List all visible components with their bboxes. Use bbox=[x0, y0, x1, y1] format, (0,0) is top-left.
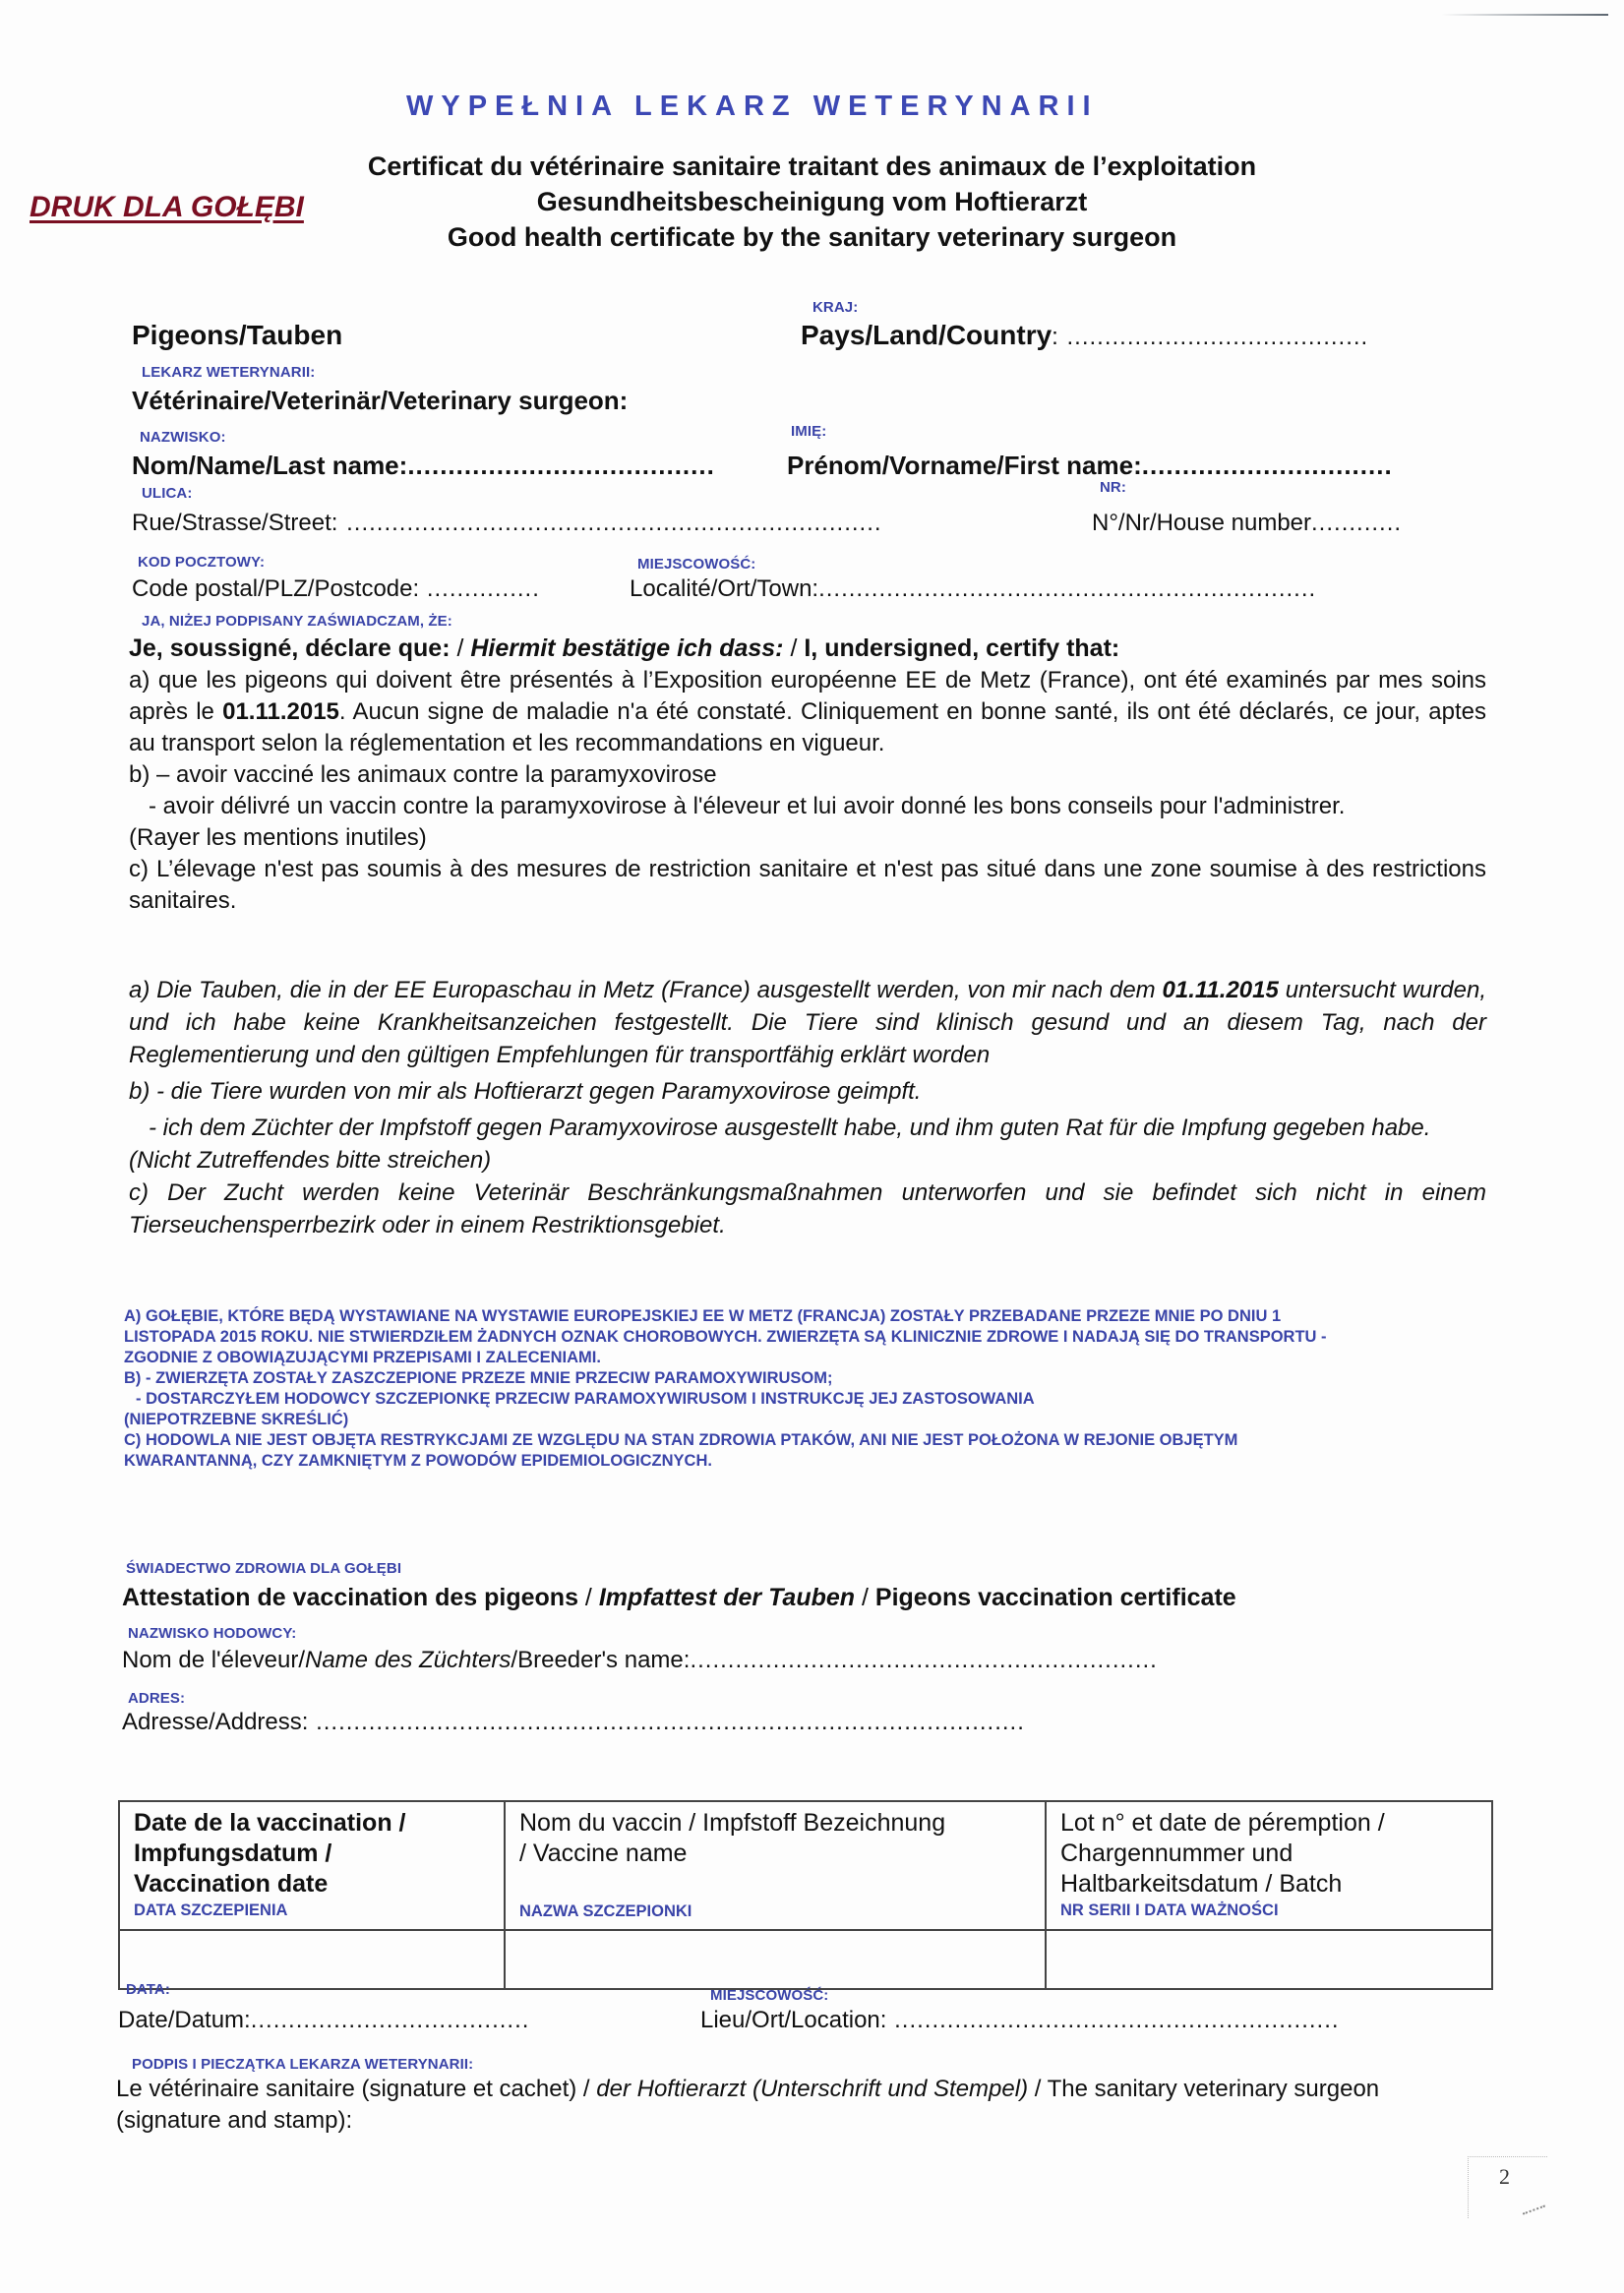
breeder-label-en: /Breeder's name: bbox=[511, 1647, 690, 1673]
fr-point-a: a) que les pigeons qui doivent être prés… bbox=[129, 665, 1486, 759]
house-number-dots: ............ bbox=[1311, 510, 1402, 536]
signature-text-de: der Hoftierarzt (Unterschrift und Stempe… bbox=[596, 2076, 1028, 2102]
country-dots: : ......................................… bbox=[1052, 324, 1368, 350]
intro-fr: Je, soussigné, déclare que: bbox=[129, 634, 451, 662]
street-field[interactable]: Rue/Strasse/Street: ....................… bbox=[132, 510, 882, 537]
house-number-label: N°/Nr/House number bbox=[1092, 510, 1311, 536]
vaccination-table: Date de la vaccination / Impfungsdatum /… bbox=[118, 1800, 1493, 1990]
de-point-a: a) Die Tauben, die in der EE Europaschau… bbox=[129, 974, 1486, 1071]
vaccination-date-cell[interactable] bbox=[119, 1930, 505, 1989]
street-pl-label: ULICA: bbox=[142, 485, 192, 502]
separator: / bbox=[784, 634, 805, 662]
declaration-intro: Je, soussigné, déclare que: / Hiermit be… bbox=[129, 634, 1119, 663]
de-point-c: c) Der Zucht werden keine Veterinär Besc… bbox=[129, 1177, 1486, 1241]
address-label: Adresse/Address: bbox=[122, 1709, 308, 1735]
species-label: Pigeons/Tauben bbox=[132, 320, 342, 351]
town-field[interactable]: Localité/Ort/Town:......................… bbox=[630, 575, 1316, 603]
header-pl-label: NAZWA SZCZEPIONKI bbox=[519, 1902, 1031, 1921]
street-label: Rue/Strasse/Street bbox=[132, 510, 331, 536]
first-name-label: Prénom/Vorname/First name: bbox=[787, 451, 1142, 480]
header-line: Vaccination date bbox=[134, 1869, 490, 1900]
header-line: Haltbarkeitsdatum / Batch bbox=[1060, 1869, 1477, 1900]
date-field[interactable]: Date/Datum:.............................… bbox=[118, 2007, 529, 2034]
fill-by-heading: WYPEŁNIA LEKARZ WETERYNARII bbox=[406, 91, 1099, 123]
header-pl-label: DATA SZCZEPIENIA bbox=[134, 1901, 490, 1920]
pl-point-a: A) GOŁĘBIE, KTÓRE BĘDĄ WYSTAWIANE NA WYS… bbox=[124, 1306, 1353, 1368]
street-dots: : ......................................… bbox=[331, 510, 882, 536]
vet-label: Vétérinaire/Veterinär/Veterinary surgeon… bbox=[132, 386, 628, 416]
fr-point-b1: b) – avoir vacciné les animaux contre la… bbox=[129, 759, 1486, 791]
last-name-field[interactable]: Nom/Name/Last name:.....................… bbox=[132, 451, 715, 481]
header-line: Date de la vaccination / bbox=[134, 1808, 490, 1839]
fr-point-c: c) L’élevage n'est pas soumis à des mesu… bbox=[129, 854, 1486, 917]
table-header-row: Date de la vaccination / Impfungsdatum /… bbox=[119, 1801, 1492, 1930]
pl-point-c: C) HODOWLA NIE JEST OBJĘTA RESTRYKCJAMI … bbox=[124, 1430, 1353, 1472]
postcode-dots: ............... bbox=[419, 575, 540, 602]
page-number: 2 bbox=[1499, 2164, 1510, 2190]
last-name-label: Nom/Name/Last name: bbox=[132, 451, 407, 480]
separator: / bbox=[578, 1584, 599, 1611]
pl-point-b2: - DOSTARCZYŁEM HODOWCY SZCZEPIONKĘ PRZEC… bbox=[124, 1389, 1353, 1410]
vet-pl-label: LEKARZ WETERYNARII: bbox=[142, 364, 315, 381]
address-dots: ........................................… bbox=[308, 1709, 1024, 1735]
batch-cell[interactable] bbox=[1046, 1930, 1492, 1989]
first-name-field[interactable]: Prénom/Vorname/First name:..............… bbox=[787, 451, 1393, 481]
de-point-b1: b) - die Tiere wurden von mir als Hoftie… bbox=[129, 1075, 1486, 1108]
last-name-pl-label: NAZWISKO: bbox=[140, 429, 226, 446]
pl-point-b1: B) - ZWIERZĘTA ZOSTAŁY ZASZCZEPIONE PRZE… bbox=[124, 1368, 1353, 1389]
certificate-page: WYPEŁNIA LEKARZ WETERYNARII Certificat d… bbox=[0, 0, 1624, 2293]
form-type-label: DRUK DLA GOŁĘBI bbox=[30, 191, 304, 224]
fr-point-b2: - avoir délivré un vaccin contre la para… bbox=[129, 791, 1486, 822]
header-line: Impfungsdatum / bbox=[134, 1839, 490, 1869]
vaccination-title: Attestation de vaccination des pigeons /… bbox=[122, 1584, 1236, 1612]
signature-pl-label: PODPIS I PIECZĄTKA LEKARZA WETERYNARII: bbox=[132, 2056, 473, 2073]
declaration-de: a) Die Tauben, die in der EE Europaschau… bbox=[129, 974, 1486, 1241]
signature-text: Le vétérinaire sanitaire (signature et c… bbox=[116, 2074, 1483, 2137]
signature-text-fr: Le vétérinaire sanitaire (signature et c… bbox=[116, 2076, 596, 2102]
intro-de: Hiermit bestätige ich dass: bbox=[470, 634, 783, 662]
declaration-pl-label: JA, NIŻEJ PODPISANY ZAŚWIADCZAM, ŻE: bbox=[142, 613, 452, 630]
fr-a-date: 01.11.2015 bbox=[222, 698, 339, 725]
breeder-pl-label: NAZWISKO HODOWCY: bbox=[128, 1625, 296, 1642]
separator: / bbox=[451, 634, 471, 662]
date-pl-label: DATA: bbox=[126, 1981, 170, 1998]
header-vaccine-name: Nom du vaccin / Impfstoff Bezeichnung / … bbox=[505, 1801, 1046, 1930]
vaccination-title-en: Pigeons vaccination certificate bbox=[875, 1584, 1236, 1611]
house-number-field[interactable]: N°/Nr/House number............ bbox=[1092, 510, 1402, 537]
country-pl-label: KRAJ: bbox=[812, 299, 858, 316]
country-field[interactable]: Pays/Land/Country: .....................… bbox=[801, 320, 1368, 351]
location-dots: ........................................… bbox=[886, 2007, 1339, 2033]
country-label: Pays/Land/Country bbox=[801, 320, 1052, 350]
postcode-pl-label: KOD POCZTOWY: bbox=[138, 554, 265, 571]
breeder-label-fr: Nom de l'éleveur/ bbox=[122, 1647, 305, 1673]
header-pl-label: NR SERII I DATA WAŻNOŚCI bbox=[1060, 1901, 1477, 1920]
location-field[interactable]: Lieu/Ort/Location: .....................… bbox=[700, 2007, 1340, 2034]
vaccination-title-fr: Attestation de vaccination des pigeons bbox=[122, 1584, 578, 1611]
postcode-label: Code postal/PLZ/Postcode: bbox=[132, 575, 419, 602]
postcode-field[interactable]: Code postal/PLZ/Postcode: ..............… bbox=[132, 575, 540, 603]
house-number-pl-label: NR: bbox=[1100, 479, 1126, 496]
header-line: Lot n° et date de péremption / bbox=[1060, 1808, 1477, 1839]
de-strike-note: (Nicht Zutreffendes bitte streichen) bbox=[129, 1144, 1486, 1177]
fr-strike-note: (Rayer les mentions inutiles) bbox=[129, 822, 1486, 854]
separator: / bbox=[855, 1584, 875, 1611]
date-dots: ..................................... bbox=[251, 2007, 530, 2033]
de-a-date: 01.11.2015 bbox=[1163, 977, 1279, 1003]
declaration-fr: a) que les pigeons qui doivent être prés… bbox=[129, 665, 1486, 917]
vaccination-title-de: Impfattest der Tauben bbox=[599, 1584, 855, 1611]
breeder-label-de: Name des Züchters bbox=[305, 1647, 511, 1673]
location-pl-label: MIEJSCOWOŚĆ: bbox=[710, 1987, 828, 2004]
breeder-dots: ........................................… bbox=[690, 1647, 1157, 1673]
scan-edge-line bbox=[1441, 14, 1608, 16]
date-label: Date/Datum: bbox=[118, 2007, 251, 2033]
intro-en: I, undersigned, certify that: bbox=[804, 634, 1119, 662]
header-batch: Lot n° et date de péremption / Chargennu… bbox=[1046, 1801, 1492, 1930]
header-line: / Vaccine name bbox=[519, 1839, 1031, 1869]
first-name-pl-label: IMIĘ: bbox=[791, 423, 826, 440]
header-line: Chargennummer und bbox=[1060, 1839, 1477, 1869]
first-name-dots: ............................... bbox=[1142, 451, 1393, 480]
header-line: Nom du vaccin / Impfstoff Bezeichnung bbox=[519, 1808, 1031, 1839]
last-name-dots: ...................................... bbox=[407, 451, 715, 480]
declaration-pl: A) GOŁĘBIE, KTÓRE BĘDĄ WYSTAWIANE NA WYS… bbox=[124, 1306, 1353, 1472]
vaccine-name-cell[interactable] bbox=[505, 1930, 1046, 1989]
vaccination-pl-title: ŚWIADECTWO ZDROWIA DLA GOŁĘBI bbox=[126, 1560, 401, 1577]
de-a-text: a) Die Tauben, die in der EE Europaschau… bbox=[129, 977, 1163, 1003]
breeder-name-field[interactable]: Nom de l'éleveur/Name des Züchters/Breed… bbox=[122, 1647, 1158, 1674]
pl-strike-note: (NIEPOTRZEBNE SKREŚLIĆ) bbox=[124, 1410, 1353, 1430]
town-label: Localité/Ort/Town: bbox=[630, 575, 818, 602]
header-vaccination-date: Date de la vaccination / Impfungsdatum /… bbox=[119, 1801, 505, 1930]
location-label: Lieu/Ort/Location: bbox=[700, 2007, 886, 2033]
de-point-b2: - ich dem Züchter der Impfstoff gegen Pa… bbox=[129, 1112, 1486, 1144]
town-dots: ........................................… bbox=[818, 575, 1316, 602]
table-row bbox=[119, 1930, 1492, 1989]
title-fr: Certificat du vétérinaire sanitaire trai… bbox=[0, 151, 1624, 182]
address-field[interactable]: Adresse/Address: .......................… bbox=[122, 1709, 1025, 1736]
town-pl-label: MIEJSCOWOŚĆ: bbox=[637, 556, 755, 573]
address-pl-label: ADRES: bbox=[128, 1690, 185, 1707]
title-en: Good health certificate by the sanitary … bbox=[0, 222, 1624, 253]
